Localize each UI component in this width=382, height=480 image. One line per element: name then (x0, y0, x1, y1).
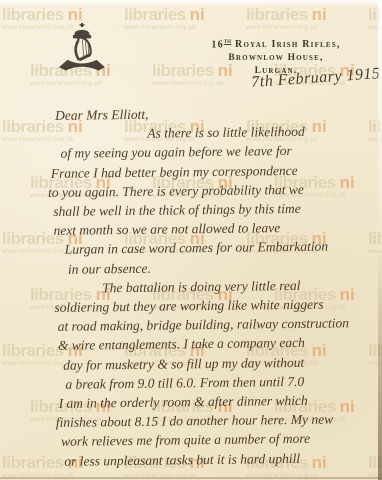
regiment-number: 16 (211, 39, 223, 50)
watermark-url: www.librariesni.org.uk (152, 81, 233, 88)
letter-line: or less unpleasant tasks but it is hard … (64, 448, 374, 471)
scan-edge-right-light (378, 0, 382, 250)
scan-edge-bottom (0, 477, 382, 479)
watermark-url: www.librariesni.org.uk (246, 25, 327, 32)
watermark-brand-suffix: ni (312, 5, 327, 24)
watermark-url: www.librariesni.org.uk (30, 81, 111, 88)
regiment-title: Royal Irish Rifles, (235, 39, 341, 50)
regiment-name-line: 16thRoyal Irish Rifles, (188, 35, 364, 52)
libraries-ni-watermark: librariesniwww.librariesni.org.uk (124, 6, 205, 32)
letter-line: Lurgan in case word comes for our Embark… (65, 236, 372, 259)
letterhead-address: Brownlow House, (188, 52, 364, 66)
watermark-brand-suffix: ni (190, 5, 205, 24)
watermark-url: www.librariesni.org.uk (124, 25, 205, 32)
watermark-brand: libraries (246, 5, 308, 24)
letter-body: Dear Mrs Elliott, As there is so little … (46, 102, 374, 471)
scan-edge-right-shadow (378, 250, 382, 480)
scan-edge-top (0, 0, 382, 6)
libraries-ni-watermark: librariesniwww.librariesni.org.uk (246, 6, 327, 32)
watermark-brand: libraries (124, 5, 186, 24)
regimental-crest-icon (57, 22, 107, 72)
scanned-letter-page: librariesniwww.librariesni.org.uklibrari… (0, 0, 382, 480)
watermark-brand: libraries (2, 5, 64, 24)
regiment-ordinal: th (224, 38, 231, 45)
